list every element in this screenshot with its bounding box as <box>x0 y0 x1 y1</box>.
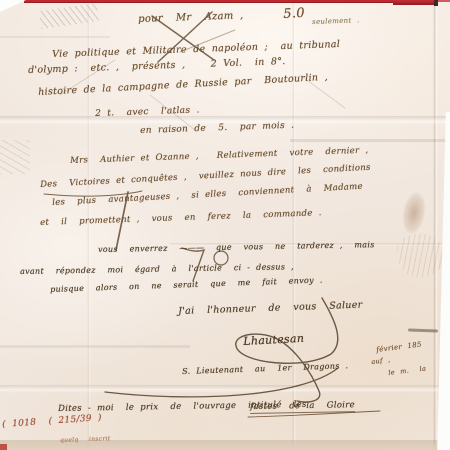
handwriting-line-closing-17: S. Lieutenant au 1er Dragons . <box>182 362 348 376</box>
handwriting-line-body-3: Vie politique et Militaire de napoléon ;… <box>52 40 340 60</box>
red-mark-bottom-left <box>0 444 7 450</box>
handwriting-line-body-4: d'olymp : etc. , présents , 2 Vol. in 8°… <box>28 57 286 75</box>
handwriting-line-body-12: vous enverrez ——— que vous ne tarderez ,… <box>98 241 375 254</box>
handwriting-line-body-14: puisque alors on ne serait que me fait e… <box>50 276 323 294</box>
handwriting-line-body-6: 2 t. avec l'atlas . <box>95 106 200 119</box>
handwriting-line-signature-16: Lhautesan <box>243 333 304 347</box>
handwriting-line-body-8: Mrs Authier et Ozanne , Relativement vot… <box>70 147 369 166</box>
scanned-letter-photo: pour Mr Azam ,5.0seulement .Vie politiqu… <box>0 0 450 450</box>
handwriting-line-closing-15: J'ai l'honneur de vous Saluer <box>178 301 363 317</box>
red-border-top-right-block <box>393 0 435 5</box>
red-border-top-strip <box>24 0 437 3</box>
handwriting-line-body-11: et il promettent , vous en ferez la comm… <box>40 209 322 227</box>
handwriting-line-body-13: avant répondez moi égard à l'article ci … <box>20 263 294 276</box>
handwriting-line-heading-2: seulement . <box>312 17 360 26</box>
handwriting-line-margin-22: février 185 <box>376 341 422 354</box>
handwriting-line-body-7: en raison de 5. par mois . <box>140 122 294 136</box>
handwriting-line-margin-23: auf , <box>371 357 391 366</box>
handwriting-line-margin-24: le m. la <box>388 365 427 376</box>
handwriting-line-pencil-20: ( 1018 ( 215/39 ) <box>2 414 102 430</box>
handwriting-line-pencil-21: quelq inscrit <box>60 436 111 444</box>
handwriting-line-heading-1: 5.0 <box>283 7 305 21</box>
handwriting-line-heading-0: pour Mr Azam , <box>138 11 244 25</box>
handwriting-line-postscript-19: fastes de la Gloire <box>250 401 355 413</box>
handwriting-layer: pour Mr Azam ,5.0seulement .Vie politiqu… <box>0 0 450 450</box>
handwriting-line-body-5: histoire de la campagne de Russie par Bo… <box>38 73 328 98</box>
red-border-top-corner <box>438 0 450 2</box>
